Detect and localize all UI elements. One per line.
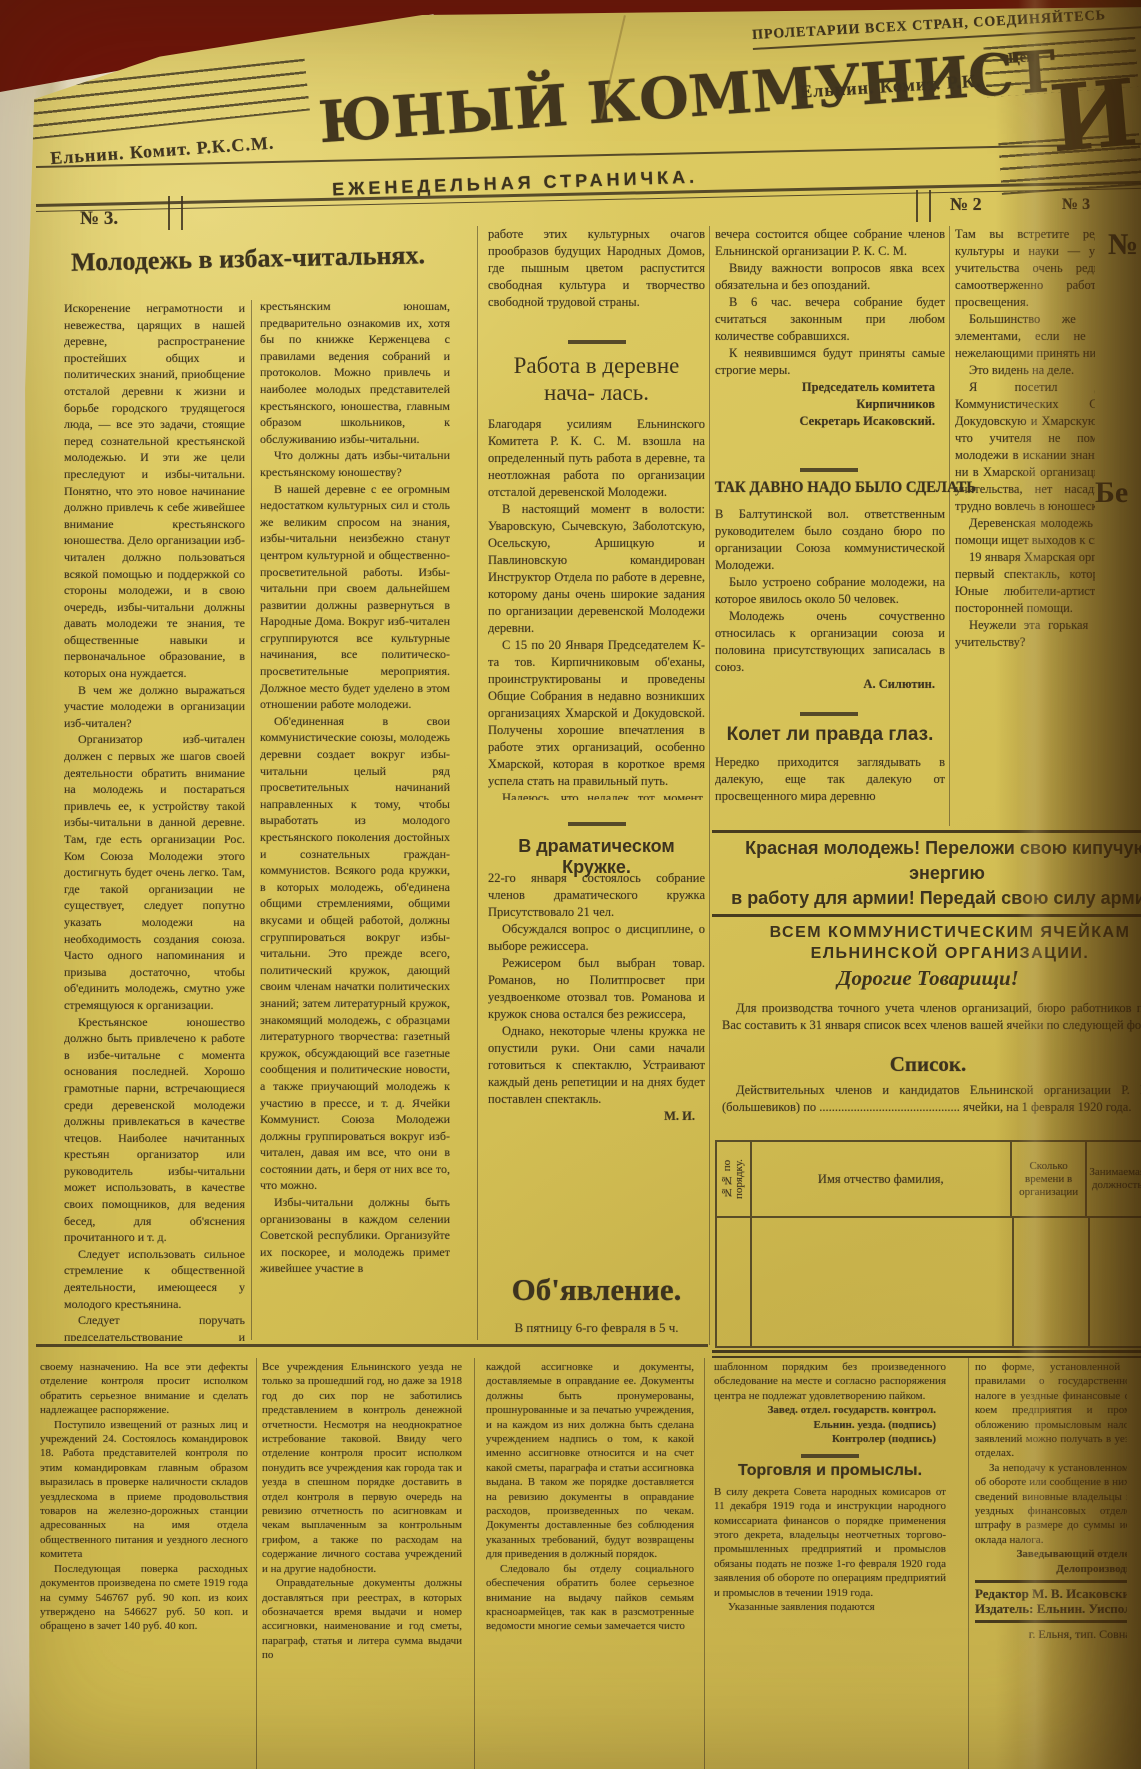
paragraph: Режисером был выбран товар. Романов, но … [488,955,705,1023]
edge-headline-fragment: Бе [1095,476,1128,510]
signature: Секретарь Исаковский. [715,413,945,430]
appeal-body: Для производства точного учета членов ор… [722,1000,1141,1052]
appeal-heading: ВСЕМ КОММУНИСТИЧЕСКИМ ЯЧЕЙКАМ ЕЛЬНИНСКОЙ… [715,922,1141,968]
paragraph: Поступило извещений от разных лиц и учре… [40,1418,248,1562]
paragraph: Искоренение неграмотности и невежества, … [64,300,245,682]
paragraph: В силу декрета Совета народных комисаров… [714,1485,946,1600]
divider-dash [568,340,626,344]
paragraph: Последующая поверка расходных документов… [40,1562,248,1634]
article6-headline: Колет ли правда глаз. [715,724,945,746]
paragraph: Неужели эта горькая правда не колет глаз… [955,617,1095,651]
paragraph: За неподачу к установленному сроку заявл… [975,1461,1127,1547]
announcement-continuation: вечера состоится общее собрание членов Е… [715,226,945,464]
table-header-name: Имя отчество фамилия, [752,1142,1012,1216]
paragraph: Об'единенная в свои коммунистические сою… [260,713,450,1194]
paragraph: 19 января Хмарская организация ставила с… [955,549,1095,617]
double-bar-right [916,190,931,222]
paragraph: Ввиду важности вопросов явка всех обязат… [715,260,945,294]
article2-headline: Работа в деревне нача- лась. [488,352,705,406]
footer-editor: Редактор М. В. Исаковский. [975,1587,1127,1601]
edge-title-fragment: И [1045,58,1141,173]
article1-column2: крестьянским юношам, предварительно озна… [260,298,450,1333]
paragraph: Молодежь очень сочуственно относилась к … [715,608,945,676]
control-report-column2: Все учреждения Ельнинского уезда не толь… [262,1360,462,1769]
issue-number-right: № 2 [950,194,982,215]
column-divider [477,226,478,1340]
paragraph: С 15 по 20 Января Председателем К-та тов… [488,637,705,790]
divider-dash [800,712,858,716]
signature: М. И. [488,1108,705,1125]
article1-continuation: работе этих культурных очагов прообразов… [488,226,705,330]
table-cell-empty [1090,1218,1141,1346]
edge-price-fragment: Цен [1007,49,1035,68]
column-divider [251,300,252,1340]
section-rule-right [712,1350,1141,1358]
table-header-position: Занимаемая должность [1087,1142,1141,1216]
masthead-title: ЮНЫЙ КОММУНИСТ [316,47,929,156]
paragraph: Там вы встретите редких представителей к… [955,226,1095,311]
signature: Делопроизводитель (подпись) [975,1562,1127,1576]
paragraph: Избы-читальни должны быть организованы в… [260,1194,450,1277]
announcement-line: В пятницу 6-го февраля в 5 ч. [488,1320,705,1336]
divider-dash [800,468,858,472]
table-header-row: №№ по порядку. Имя отчество фамилия, Ско… [717,1142,1141,1218]
table-cell-empty [717,1218,752,1346]
newspaper-photo: ПРОЛЕТАРИИ ВСЕХ СТРАН, СОЕДИНЯЙТЕСЬ Ельн… [0,0,1141,1769]
paragraph: Большинство же учителей являются элемент… [955,311,1095,362]
paragraph: Следует использовать сильное стремление … [64,1246,245,1312]
column-divider [968,1358,969,1769]
paragraph: Однако, некоторые члены кружка не опусти… [488,1023,705,1108]
newspaper-page: ПРОЛЕТАРИИ ВСЕХ СТРАН, СОЕДИНЯЙТЕСЬ Ельн… [0,0,1141,1769]
banner-appeal: Красная молодежь! Переложи свою кипучую … [712,830,1141,917]
table-body-row [717,1218,1141,1346]
paragraph: Крестьянское юношество должно быть привл… [64,1014,245,1246]
paragraph: шаблонном порядким без произведенного об… [714,1360,946,1403]
paragraph: Деревенская молодежь сама без посторонне… [955,515,1095,549]
signature: Заведывающий отделением (подпись) [975,1547,1127,1561]
list-title: Список. [715,1052,1141,1077]
paragraph: Указанные заявления подаются [714,1600,946,1614]
list-intro: Действительных членов и кандидатов Ельни… [722,1082,1141,1138]
members-list-table: №№ по порядку. Имя отчество фамилия, Ско… [715,1140,1141,1348]
article5-headline: ТАК ДАВНО НАДО БЫЛО СДЕЛАТЬ [715,479,936,497]
control-report-column1: своему назначению. На все эти дефекты от… [40,1360,248,1760]
divider-dash [801,1454,859,1458]
section-rule-left [36,1344,708,1347]
signature: А. Силютин. [715,676,945,693]
paragraph: Это видень на деле. [955,362,1095,379]
paragraph: К неявившимся будут приняты самые строги… [715,345,945,379]
paragraph: Следовало бы отделу социального обеспече… [486,1562,694,1634]
paragraph: Организатор изб-читален должен с первых … [64,731,245,1013]
paragraph: Я посетил две организации Коммунистическ… [955,379,1095,515]
column-divider [949,226,950,826]
footer-rule [975,1580,1127,1583]
double-bar-left [168,196,183,230]
paragraph: В Балтутинской вол. ответственным руково… [715,506,945,574]
paragraph: Оправдательные документы должны доставля… [262,1576,462,1662]
article2-body: Благодаря усилиям Ельнинского Комитета Р… [488,416,705,800]
trade-headline: Торговля и промыслы. [714,1464,946,1478]
table-header-number: №№ по порядку. [717,1142,752,1216]
paragraph: каждой ассигновке и документы, доставляе… [486,1360,694,1562]
footer-publisher: Издатель: Ельнин. Уисполком. [975,1602,1127,1616]
article3-body: 22-го января состоялось собрание членов … [488,870,705,1260]
edge-issue-fragment: № 3 [1062,196,1090,214]
paragraph: Было устроено собрание молодежи, на кото… [715,574,945,608]
paragraph: 22-го января состоялось собрание членов … [488,870,705,921]
announcement-headline: Об'явление. [488,1272,705,1308]
appeal-salutation: Дорогие Товарищи! [715,966,1141,991]
paragraph: по форме, установленной существующими пр… [975,1360,1127,1461]
column-divider [256,1358,257,1769]
paragraph: работе этих культурных очагов прообразов… [488,226,705,311]
banner-line: в работу для армии! Передай свою силу ар… [712,886,1141,911]
article7-column: Там вы встретите редких представителей к… [955,226,1095,826]
footer-printer: г. Ельня, тип. Совнархоза. [975,1627,1127,1641]
paragraph: вечера состоится общее собрание членов Е… [715,226,945,260]
paragraph: Нередко приходится заглядывать в далекую… [715,754,945,805]
divider-dash [568,822,626,826]
paragraph: Что должны дать избы-читальни крестьянск… [260,447,450,480]
paragraph: Надеюсь, что недалек тот момент, когда в… [488,790,705,800]
article1-column1: Искоренение неграмотности и невежества, … [64,300,245,1341]
control-report-column3: каждой ассигновке и документы, доставляе… [486,1360,694,1769]
banner-line: Красная молодежь! Переложи свою кипучую … [712,836,1141,886]
article5-body: В Балтутинской вол. ответственным руково… [715,506,945,706]
issue-number-left: № 3. [80,208,118,230]
article1-headline: Молодежь в избах-читальнях. [66,240,431,278]
table-cell-empty [1014,1218,1090,1346]
paragraph: В нашей деревне с ее огромным недостатко… [260,481,450,713]
article6-body: Нередко приходится заглядывать в далекую… [715,754,945,828]
control-report-column5: по форме, установленной существующими пр… [975,1360,1127,1769]
paragraph: своему назначению. На все эти дефекты от… [40,1360,248,1418]
signature: Председатель комитета Кирпичников [715,379,945,413]
control-report-column4: шаблонном порядким без произведенного об… [714,1360,946,1769]
paragraph: крестьянским юношам, предварительно озна… [260,298,450,447]
paragraph: В чем же должно выражаться участие молод… [64,682,245,732]
paragraph: Благодаря усилиям Ельнинского Комитета Р… [488,416,705,501]
column-divider [709,226,710,1345]
signature: Контролер (подпись) [714,1432,946,1446]
banner-line: Приближай новую жизнь!. [712,911,1141,917]
footer-rule [975,1620,1127,1623]
column-divider [474,1358,475,1769]
table-cell-empty [752,1218,1014,1346]
table-header-time: Сколько времени в организации [1012,1142,1087,1216]
paragraph: В настоящий момент в волости: Уваровскую… [488,501,705,637]
paragraph: Следует поручать председательствование и… [64,1312,245,1341]
column-divider [704,1358,705,1769]
paragraph: В 6 час. вечера собрание будет считаться… [715,294,945,345]
edge-issue-big-fragment: № [1108,228,1138,262]
paragraph: Все учреждения Ельнинского уезда не толь… [262,1360,462,1576]
signature: Завед. отдел. государств. контрол. Ельни… [714,1403,946,1432]
paragraph: Обсуждался вопрос о дисциплине, о выборе… [488,921,705,955]
masthead-rules-left [10,59,310,142]
